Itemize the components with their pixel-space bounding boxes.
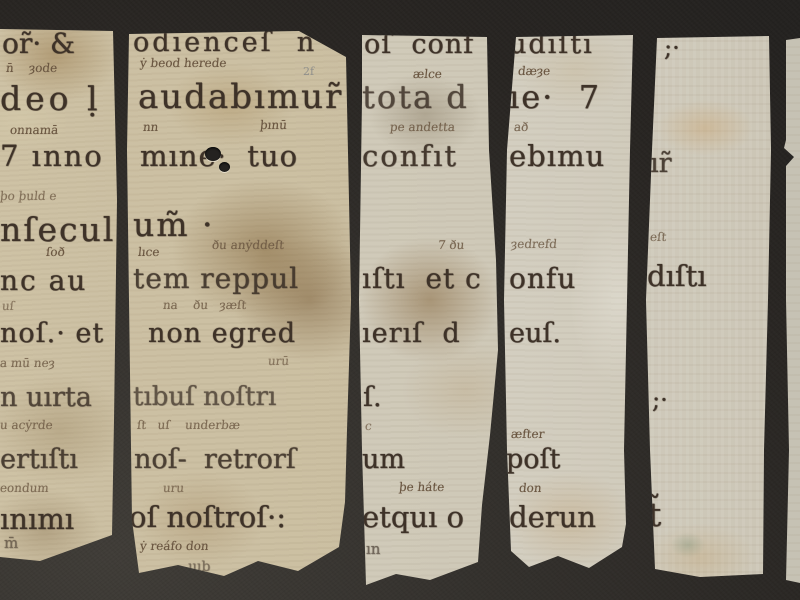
old-english-gloss-text: nn (142, 121, 159, 133)
latin-psalter-text: ıub (188, 560, 210, 574)
old-english-gloss-text: onnamā (9, 124, 59, 136)
old-english-gloss-text: þo þuld e (0, 190, 57, 202)
old-english-gloss-text: æfter (510, 428, 545, 440)
old-english-gloss-text: þe háte (398, 481, 445, 493)
latin-psalter-text: nſecul (0, 213, 115, 246)
old-english-gloss-text: dæȝe (517, 65, 551, 77)
old-english-gloss-text: urū (267, 355, 289, 367)
latin-psalter-text: ertıſtı (0, 446, 78, 473)
latin-psalter-text: onfu (509, 265, 576, 293)
latin-psalter-text: ınımı (0, 505, 74, 534)
old-english-gloss-text: ȝedrefd (510, 238, 557, 250)
latin-psalter-text: m̄ (4, 536, 18, 551)
old-english-gloss-text: lıce (137, 246, 160, 258)
latin-psalter-text: non egred (148, 320, 296, 347)
old-english-gloss-text: ðu anẏddeſt (211, 239, 284, 251)
latin-psalter-text: euſ. (509, 320, 561, 347)
latin-psalter-text: tıbuſ noſtrı (133, 384, 276, 410)
latin-psalter-text: ır̃ (650, 150, 672, 177)
manuscript-photograph: or̃· &n̄ ȝodedeo ḷonnamā7 ınnoþo þuld en… (0, 0, 800, 600)
latin-psalter-text: um (362, 446, 405, 473)
old-english-gloss-text: u acẏrde (0, 419, 53, 431)
latin-psalter-text: ;· (652, 388, 668, 412)
latin-psalter-text: nc au (0, 267, 87, 295)
old-english-gloss-text: don (518, 482, 542, 494)
latin-psalter-text: t̃ (648, 498, 661, 531)
old-english-gloss-text: að (513, 121, 529, 133)
latin-psalter-text: odıenceſ n (133, 29, 317, 56)
latin-psalter-text: etquı o (362, 503, 464, 532)
wormhole (219, 162, 230, 172)
latin-psalter-text: ıe· 7 (509, 81, 601, 113)
old-english-gloss-text: ſoð (45, 246, 65, 258)
latin-psalter-text: 7 ınno (0, 142, 104, 171)
latin-psalter-text: confıt (362, 142, 458, 171)
old-english-gloss-text: c (364, 420, 372, 432)
old-english-gloss-text: pe andetta (389, 121, 455, 133)
wormhole (205, 147, 221, 161)
old-english-gloss-text: eſt (649, 231, 667, 243)
latin-psalter-text: udıſtı (509, 31, 594, 58)
latin-psalter-text: ıerıſ d (362, 320, 461, 347)
latin-psalter-text: um̃ · (133, 208, 215, 241)
old-english-gloss-text: ẏ reáfo don (139, 540, 209, 552)
old-english-gloss-text: n̄ ȝode (5, 62, 58, 74)
latin-psalter-text: deo ḷ (0, 82, 102, 115)
latin-psalter-text: n uırta (0, 384, 92, 411)
old-english-gloss-text: ẏ beod herede (139, 57, 227, 69)
old-english-gloss-text: þınū (259, 119, 287, 131)
latin-psalter-text: noſ.· et (0, 320, 104, 347)
latin-psalter-text: audabımur̃ (138, 80, 343, 114)
old-english-gloss-text: eondum (0, 482, 49, 494)
latin-psalter-text: or̃· & (2, 30, 75, 58)
latin-psalter-text: derun (509, 503, 596, 532)
latin-psalter-text: ;· (664, 36, 680, 60)
latin-psalter-text: ıſtı et c (362, 265, 482, 293)
latin-psalter-text: ſ. (363, 384, 382, 411)
latin-psalter-text: dıſtı (647, 262, 707, 291)
old-english-gloss-text: uſ (1, 300, 14, 312)
latin-psalter-text: tota d (362, 81, 469, 113)
latin-psalter-text: oſ conf (364, 31, 474, 58)
old-english-gloss-text: na ðu ȝæſt (162, 299, 247, 311)
old-english-gloss-text: a mū neȝ (0, 357, 56, 369)
old-english-gloss-text: ſt uſ underbæ (136, 419, 240, 431)
old-english-gloss-text: 7 ðu (437, 239, 465, 251)
latin-psalter-text: oſ noſtroſ·: (129, 503, 286, 532)
latin-psalter-text: ın (366, 542, 380, 557)
latin-psalter-text: tem reppul (133, 265, 299, 293)
latin-psalter-text: poſt (506, 446, 560, 473)
old-english-gloss-text: uru (162, 482, 184, 494)
pencil-annotation: 2f (303, 66, 314, 77)
latin-psalter-text: noſ- retrorſ (134, 446, 296, 473)
latin-psalter-text: ebımu (509, 142, 605, 171)
